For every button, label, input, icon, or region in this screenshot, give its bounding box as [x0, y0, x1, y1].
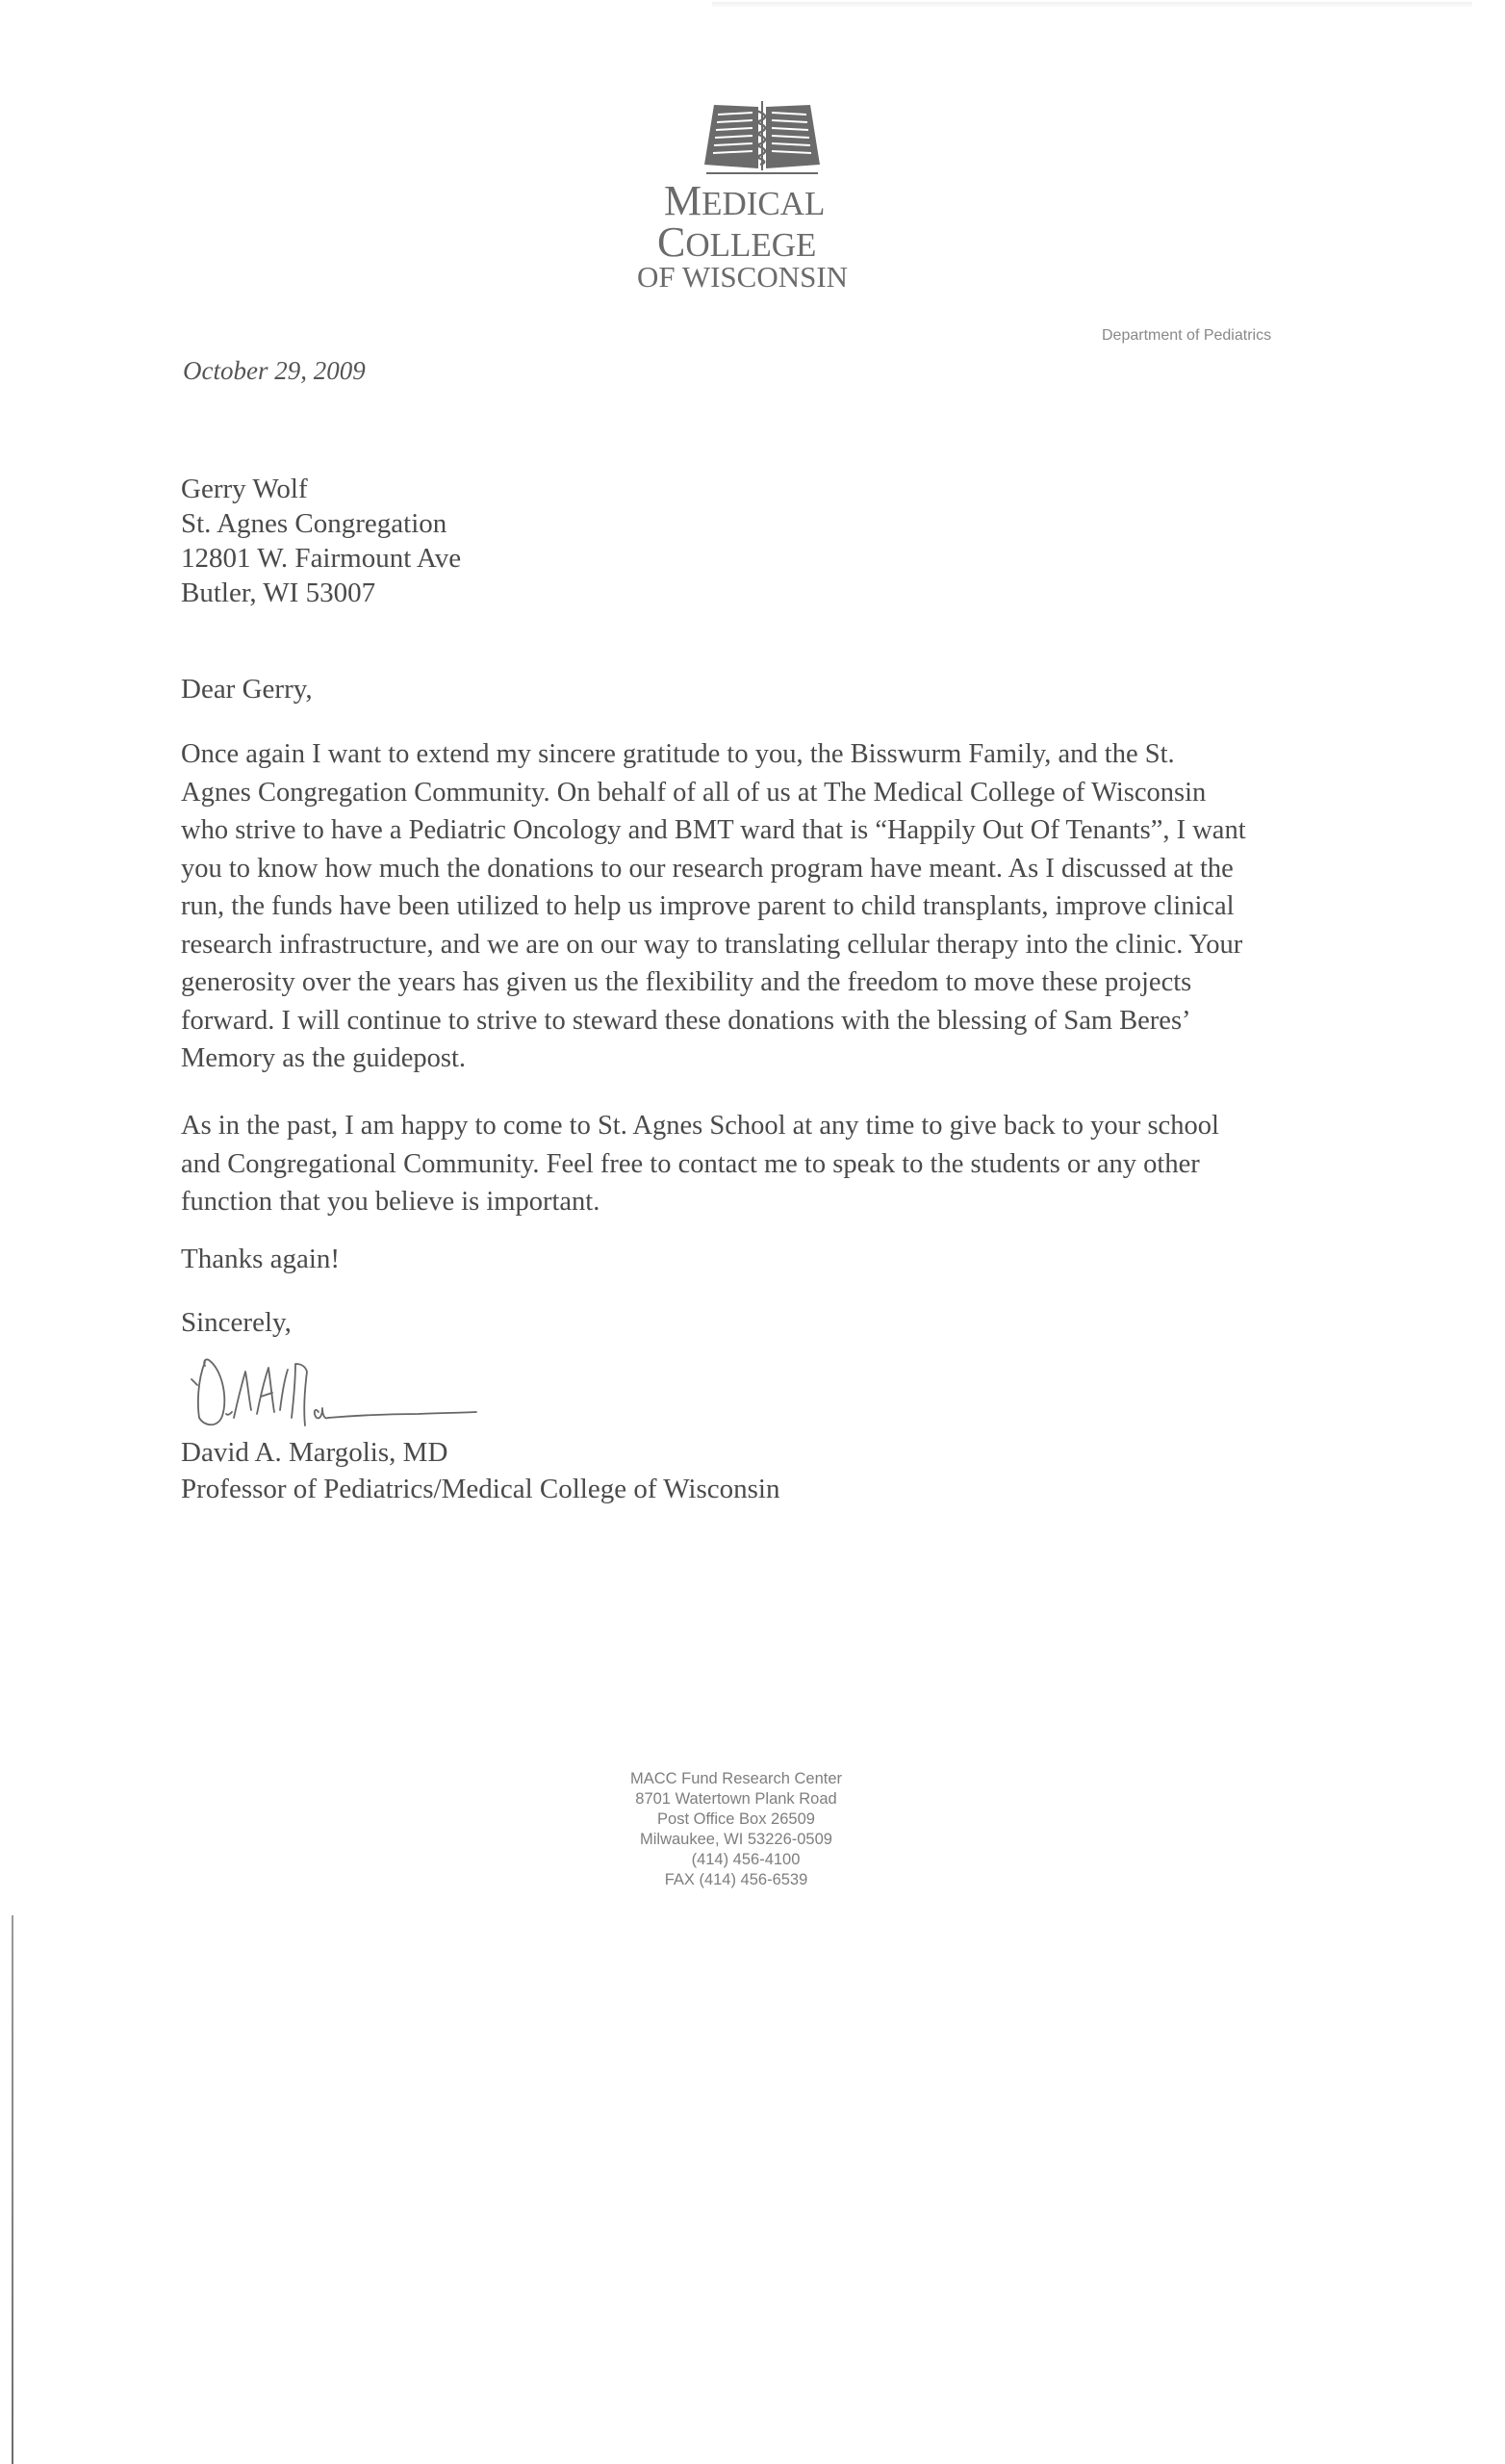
salutation: Dear Gerry,	[181, 674, 313, 706]
paragraph-line: generosity over the years has given us t…	[181, 963, 1316, 1002]
paragraph-line: function that you believe is important.	[181, 1183, 1316, 1221]
recipient-organization: St. Agnes Congregation	[181, 506, 461, 541]
paragraph-line: who strive to have a Pediatric Oncology …	[181, 811, 1316, 850]
paragraph-line: and Congregational Community. Feel free …	[181, 1145, 1316, 1184]
paragraph-line: Agnes Congregation Community. On behalf …	[181, 774, 1316, 812]
paragraph-line: forward. I will continue to strive to st…	[181, 1002, 1316, 1040]
paragraph-line: Memory as the guidepost.	[181, 1039, 1316, 1078]
recipient-street: 12801 W. Fairmount Ave	[181, 541, 461, 576]
body-paragraph-2: As in the past, I am happy to come to St…	[181, 1107, 1316, 1221]
paragraph-line: Once again I want to extend my sincere g…	[181, 735, 1316, 774]
recipient-address: Gerry Wolf St. Agnes Congregation 12801 …	[181, 472, 461, 610]
footer-address: MACC Fund Research Center 8701 Watertown…	[577, 1769, 895, 1890]
institution-name-line3: OF WISCONSIN	[637, 262, 848, 293]
closing: Sincerely,	[181, 1307, 292, 1339]
recipient-name: Gerry Wolf	[181, 472, 461, 506]
scan-margin-line	[12, 1915, 13, 2464]
paragraph-line: you to know how much the donations to ou…	[181, 850, 1316, 888]
department-label: Department of Pediatrics	[1102, 327, 1271, 345]
footer-line-city: Milwaukee, WI 53226-0509	[577, 1830, 895, 1850]
open-book-caduceus-icon	[699, 101, 826, 176]
letter-date: October 29, 2009	[183, 356, 366, 386]
signer-title: Professor of Pediatrics/Medical College …	[181, 1474, 779, 1505]
footer-line-phone: (414) 456-4100	[577, 1850, 895, 1870]
paragraph-line: research infrastructure, and we are on o…	[181, 926, 1316, 964]
footer-line-center: MACC Fund Research Center	[577, 1769, 895, 1789]
recipient-city-state-zip: Butler, WI 53007	[181, 576, 461, 610]
footer-line-street: 8701 Watertown Plank Road	[577, 1789, 895, 1809]
handwritten-signature	[188, 1352, 486, 1429]
body-paragraph-1: Once again I want to extend my sincere g…	[181, 735, 1316, 1078]
signer-name: David A. Margolis, MD	[181, 1437, 447, 1469]
footer-line-po-box: Post Office Box 26509	[577, 1809, 895, 1830]
institution-name-line1: MEDICAL	[664, 180, 825, 225]
footer-line-fax: FAX (414) 456-6539	[577, 1870, 895, 1890]
thanks-line: Thanks again!	[181, 1244, 340, 1275]
paragraph-line: As in the past, I am happy to come to St…	[181, 1107, 1316, 1145]
scan-artifact-top	[712, 2, 1472, 7]
paragraph-line: run, the funds have been utilized to hel…	[181, 887, 1316, 926]
